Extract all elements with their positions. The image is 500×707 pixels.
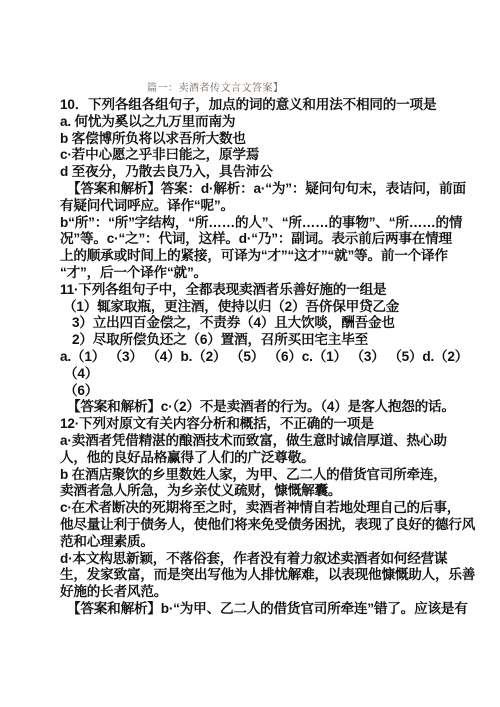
text-line: b 客偿博所负将以求吾所大数也	[60, 131, 448, 148]
text-line: a. 何忧为奚以之九万里而南为	[60, 114, 448, 131]
text-line: 好施的长者风范。	[60, 584, 448, 601]
text-line: a.（1） （3） （4）b.（2） （5） （6）c.（1） （3） （5）d…	[60, 349, 448, 366]
text-line: 况”等。c·“之”：代词，这样。d·“乃”：副词。表示前后两事在情理	[60, 231, 448, 248]
text-line: （4）	[60, 366, 448, 383]
text-line: b“所”：“所”字结构，“所……的人”、“所……的事物”、“所……的情	[60, 215, 448, 232]
text-line: “才”，后一个译作“就”。	[60, 265, 448, 282]
text-line: 有疑问代词呼应。译作“呢”。	[60, 198, 448, 215]
text-line: 范和心理素质。	[60, 534, 448, 551]
text-line: b 在酒店聚饮的乡里数姓人家，为甲、乙二人的借货官司所牵连，	[60, 467, 448, 484]
text-line: 【答案和解析】答案：d·解析：a·“为”：疑问句句末，表诘问，前面	[60, 181, 448, 198]
text-line: d 至夜分，乃散去良乃入，具告沛公	[60, 164, 448, 181]
text-line: a·卖酒者凭借精湛的酿酒技术而致富，做生意时诚信厚道、热心助	[60, 433, 448, 450]
text-line: c·在术者断决的死期将至之时，卖酒者神情自若地处理自己的后事，	[60, 500, 448, 517]
text-line: 卖酒者急人所急，为乡亲仗义疏财，慷慨解囊。	[60, 483, 448, 500]
text-line: 2）尽取所偿负还之（6）置酒，召所买田宅主毕至	[60, 332, 448, 349]
document-body: 10．下列各组各组句子，加点的词的意义和用法不相同的一项是a. 何忧为奚以之九万…	[60, 97, 448, 618]
text-line: 11·下列各组句子中，全都表现卖酒者乐善好施的一组是	[60, 282, 448, 299]
text-line: 他尽量让利于债务人，使他们将来免受债务困扰，表现了良好的德行风	[60, 517, 448, 534]
text-line: （6）	[60, 383, 448, 400]
text-line: c·若中心愿之乎非曰能之，原学焉	[60, 147, 448, 164]
text-line: d·本文构思新颖，不落俗套，作者没有着力叙述卖酒者如何经营谋	[60, 551, 448, 568]
text-line: 人，他的良好品格赢得了人们的广泛尊敬。	[60, 450, 448, 467]
text-line: （1）辄家取瓶，更注酒，使持以归（2）吾侪保甲贷乙金	[60, 299, 448, 316]
document-page: 篇一：卖酒者传文言文答案】 10．下列各组各组句子，加点的词的意义和用法不相同的…	[0, 0, 500, 707]
text-line: 10．下列各组各组句子，加点的词的意义和用法不相同的一项是	[60, 97, 448, 114]
document-section-header: 篇一：卖酒者传文言文答案】	[147, 79, 284, 94]
text-line: 【答案和解析】c·（2）不是卖酒者的行为。（4）是客人抱怨的话。	[60, 399, 448, 416]
text-line: 【答案和解析】b·“为甲、乙二人的借货官司所牵连”错了。应该是有	[60, 601, 448, 618]
text-line: 上的顺承或时间上的紧接，可译为“才”“这才”“就”等。前一个译作	[60, 248, 448, 265]
text-line: 12·下列对原文有关内容分析和概括，不正确的一项是	[60, 416, 448, 433]
text-line: 生，发家致富，而是突出写他为人排忧解难，以表现他慷慨助人，乐善	[60, 567, 448, 584]
text-line: 3）立出四百金偿之，不责券（4）且大饮啖，酬吾金也	[60, 315, 448, 332]
